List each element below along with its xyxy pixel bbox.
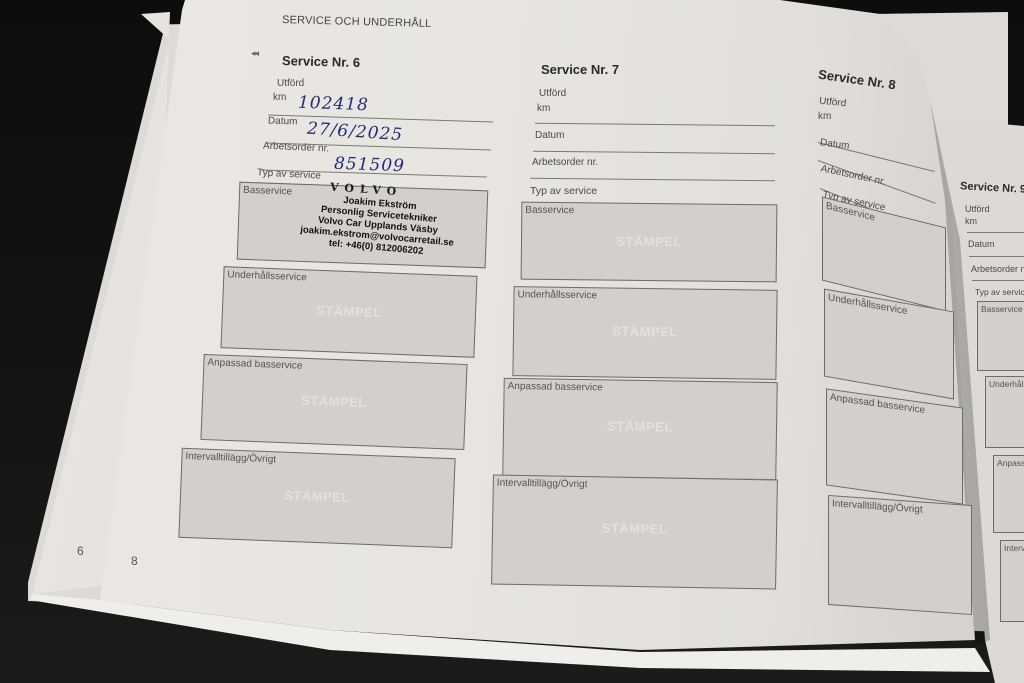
intervalltillagg-label: Intervalltillägg/Övrigt (1004, 543, 1024, 553)
stampel-watermark: STÄMPEL (493, 519, 776, 539)
underhallsservice-label: Underhållsservice (989, 379, 1024, 389)
anpassad-basservice-box[interactable]: Anpassad basservice (826, 388, 963, 504)
basservice-box[interactable]: Basservice STÄMPEL (521, 202, 778, 283)
stampel-watermark: STÄMPEL (504, 417, 776, 436)
anpassad-basservice-box[interactable]: Anpassad basservice STÄMPEL (502, 378, 778, 480)
service-9-section: Service Nr. 9 Utförd km Datum Arbetsorde… (955, 170, 1024, 683)
anpassad-basservice-label: Anpassad basservice (997, 458, 1024, 468)
page-number-back: 6 (77, 544, 84, 558)
km-label: km (537, 103, 550, 114)
typ-label: Typ av service (975, 287, 1024, 297)
stampel-watermark: STÄMPEL (203, 389, 465, 414)
datum-label: Datum (535, 130, 564, 141)
utford-label: Utförd (277, 78, 304, 89)
service-title: Service Nr. 7 (541, 62, 619, 77)
utford-label: Utförd (539, 88, 566, 99)
arbetsorder-field-line[interactable] (972, 280, 1024, 281)
service-title: Service Nr. 9 (960, 180, 1024, 195)
intervalltillagg-label: Intervalltillägg/Övrigt (185, 451, 276, 465)
underhallsservice-box[interactable]: Underhållsservice STÄMPEL (221, 266, 478, 358)
km-label: km (273, 92, 286, 103)
page-number-front: 8 (131, 554, 138, 568)
stampel-watermark: STÄMPEL (514, 322, 776, 341)
utford-label: Utförd (965, 204, 990, 214)
stampel-watermark: STÄMPEL (522, 233, 776, 251)
basservice-label: Basservice (525, 205, 574, 217)
stampel-watermark: STÄMPEL (181, 484, 453, 509)
km-label: km (818, 111, 831, 122)
datum-label: Datum (968, 239, 995, 249)
datum-label: Datum (268, 115, 298, 127)
km-field[interactable]: 102418 (298, 93, 370, 115)
arbetsorder-label: Arbetsorder nr. (971, 264, 1024, 274)
arbetsorder-label: Arbetsorder nr. (532, 157, 598, 168)
typ-label: Typ av service (530, 185, 597, 197)
km-label: km (965, 216, 977, 226)
anpassad-basservice-label: Anpassad basservice (508, 381, 603, 393)
stampel-watermark: STÄMPEL (223, 299, 475, 324)
km-field-line[interactable] (967, 232, 1024, 233)
intervalltillagg-label: Intervalltillägg/Övrigt (497, 478, 588, 491)
datum-field-line[interactable] (969, 256, 1024, 257)
intervalltillagg-box[interactable]: Intervalltillägg/Övrigt (828, 495, 972, 615)
anpassad-basservice-box[interactable]: Anpassad basservice (993, 455, 1024, 533)
basservice-box[interactable]: Basservice (977, 301, 1024, 371)
underhallsservice-box[interactable]: Underhållsservice (985, 376, 1024, 448)
underhallsservice-box[interactable]: Underhållsservice STÄMPEL (512, 286, 777, 380)
basservice-label: Basservice (981, 304, 1023, 314)
intervalltillagg-box[interactable]: Intervalltillägg/Övrigt STÄMPEL (491, 475, 778, 590)
underhallsservice-label: Underhållsservice (227, 269, 307, 283)
intervalltillagg-label: Intervalltillägg/Övrigt (832, 498, 923, 515)
back-arrows-icon: ◂◂ (251, 48, 258, 59)
underhallsservice-label: Underhållsservice (517, 289, 597, 301)
anpassad-basservice-label: Anpassad basservice (207, 357, 302, 372)
intervalltillagg-box[interactable]: Intervalltillägg/Övrigt STÄMPEL (178, 448, 455, 548)
intervalltillagg-box[interactable]: Intervalltillägg/Övrigt (1000, 540, 1024, 622)
anpassad-basservice-box[interactable]: Anpassad basservice STÄMPEL (200, 354, 467, 450)
service-title: Service Nr. 6 (282, 53, 360, 70)
